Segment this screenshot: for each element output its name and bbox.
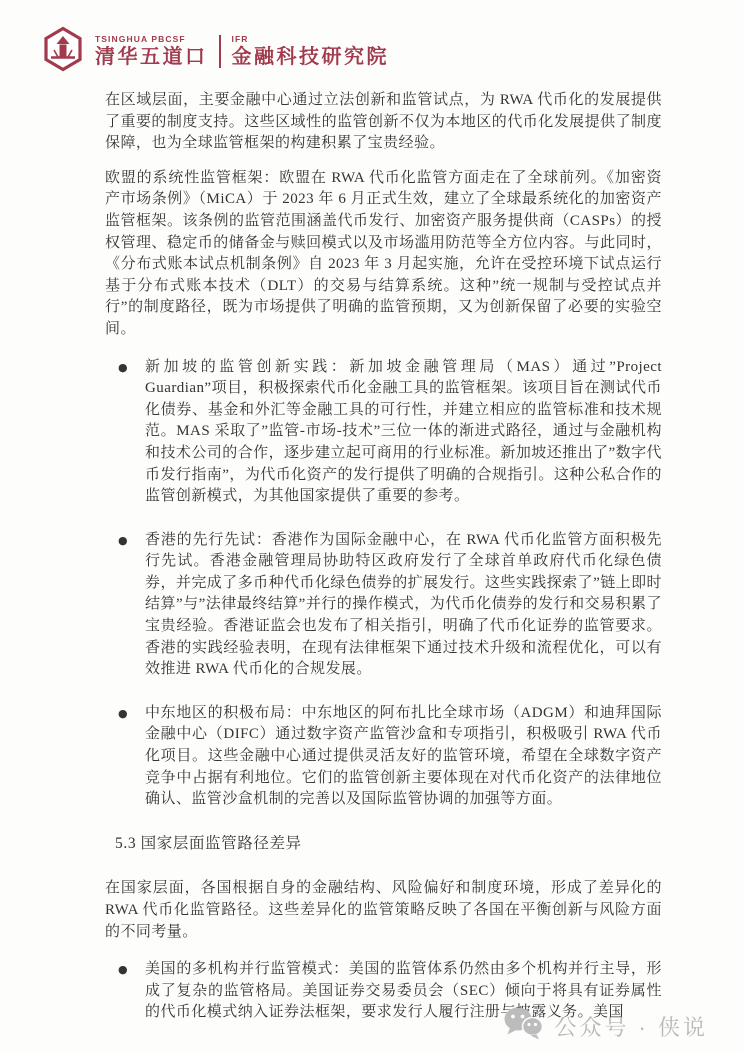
logo-divider [219, 35, 221, 68]
logo-tsinghua-block: TSINGHUA PBCSF 清华五道口 [95, 34, 208, 70]
bullet-dot-icon: ● [105, 530, 145, 681]
watermark: 公众号 · 侠说 [502, 1006, 708, 1046]
bullet-singapore-text: 新加坡的监管创新实践：新加坡金融管理局（MAS）通过”Project Guard… [145, 357, 662, 508]
bullet-middle-east-text: 中东地区的积极布局：中东地区的阿布扎比全球市场（ADGM）和迪拜国际金融中心（D… [145, 703, 662, 811]
logo-ifr-cn: 金融科技研究院 [232, 45, 390, 70]
paragraph-regional-level: 在区域层面，主要金融中心通过立法创新和监管试点，为 RWA 代币化的发展提供了重… [105, 90, 662, 155]
logo-ifr-block: IFR 金融科技研究院 [232, 34, 390, 70]
document-page: TSINGHUA PBCSF 清华五道口 IFR 金融科技研究院 在区域层面，主… [0, 0, 744, 1052]
paragraph-national-level: 在国家层面，各国根据自身的金融结构、风险偏好和制度环境，形成了差异化的 RWA … [105, 878, 662, 943]
wechat-icon [502, 1006, 544, 1046]
bullet-hongkong-text: 香港的先行先试：香港作为国际金融中心，在 RWA 代币化监管方面积极先行先试。香… [145, 530, 662, 681]
section-heading-5-3: 5.3 国家层面监管路径差异 [115, 833, 662, 855]
bullet-dot-icon: ● [105, 959, 145, 1024]
bullet-dot-icon: ● [105, 357, 145, 508]
logo-ifr-en: IFR [232, 34, 390, 45]
bullet-dot-icon: ● [105, 703, 145, 811]
logo-tsinghua-cn: 清华五道口 [95, 45, 208, 70]
bullet-hongkong: ● 香港的先行先试：香港作为国际金融中心，在 RWA 代币化监管方面积极先行先试… [105, 530, 662, 681]
logo: TSINGHUA PBCSF 清华五道口 IFR 金融科技研究院 [40, 26, 389, 77]
bullet-middle-east: ● 中东地区的积极布局：中东地区的阿布扎比全球市场（ADGM）和迪拜国际金融中心… [105, 703, 662, 811]
paragraph-eu-framework: 欧盟的系统性监管框架：欧盟在 RWA 代币化监管方面走在了全球前列。《加密资产市… [105, 168, 662, 341]
watermark-text: 公众号 · 侠说 [554, 1011, 708, 1042]
logo-tsinghua-en: TSINGHUA PBCSF [95, 34, 208, 45]
bullet-singapore: ● 新加坡的监管创新实践：新加坡金融管理局（MAS）通过”Project Gua… [105, 357, 662, 508]
tsinghua-pbcsf-emblem-icon [40, 26, 86, 77]
document-body: 在区域层面，主要金融中心通过立法创新和监管试点，为 RWA 代币化的发展提供了重… [105, 90, 662, 1046]
